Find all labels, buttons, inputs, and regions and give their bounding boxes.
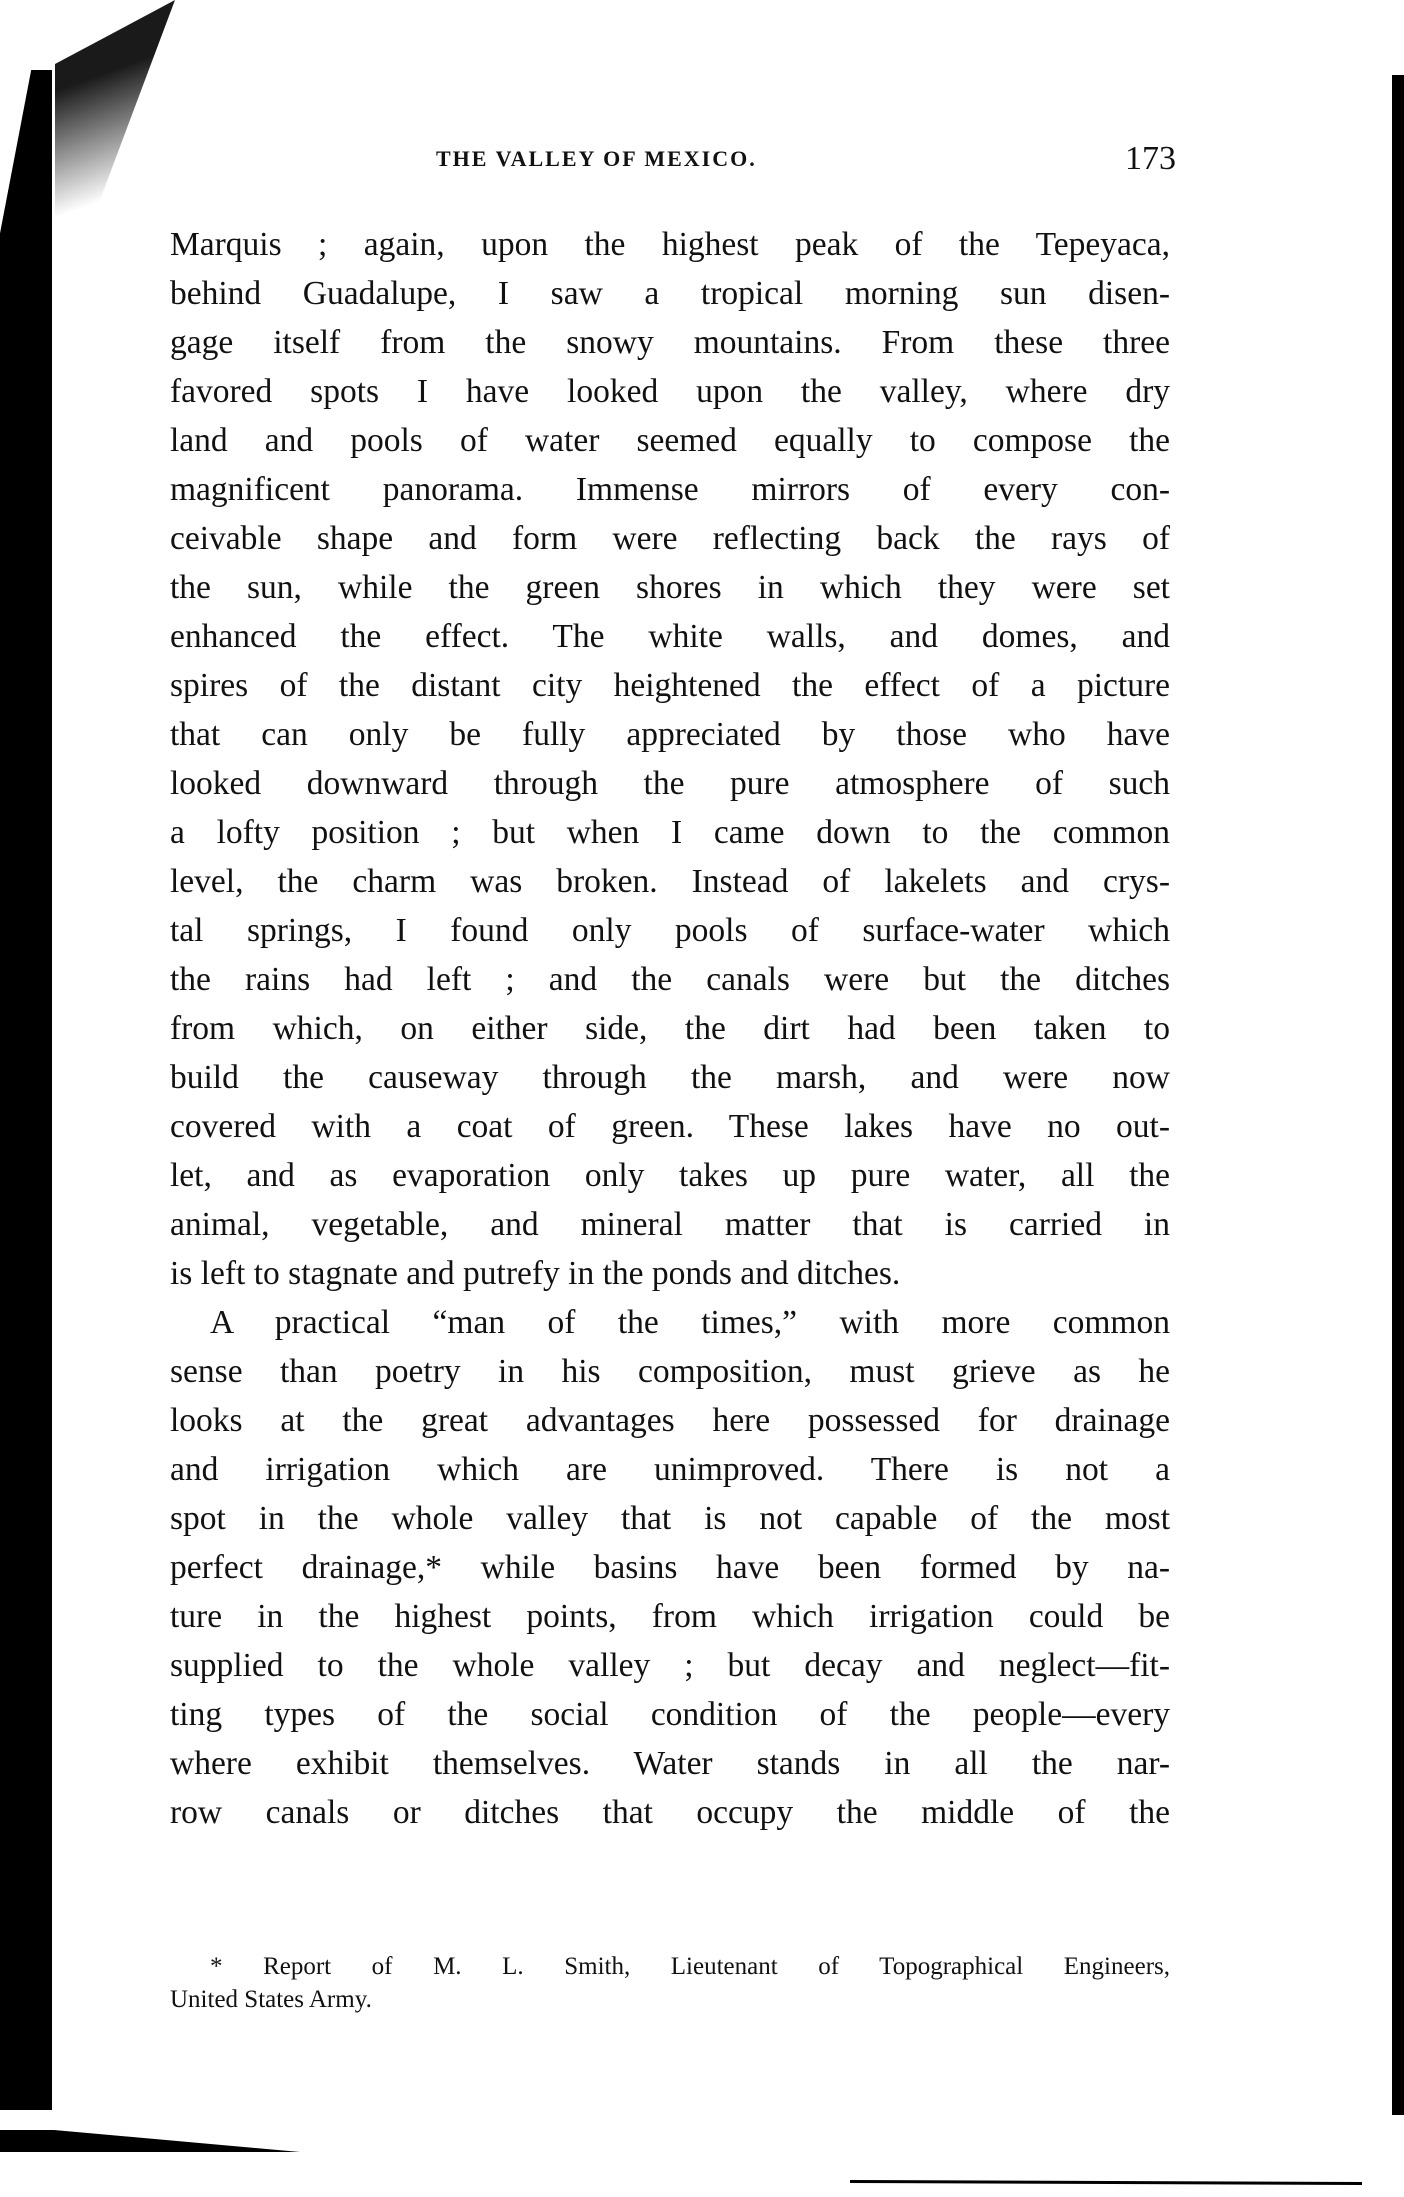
text-line: sense than poetry in his composition, mu…	[170, 1347, 1170, 1396]
text-line: covered with a coat of green. These lake…	[170, 1102, 1170, 1151]
text-line: Marquis ; again, upon the highest peak o…	[170, 220, 1170, 269]
text-line: the sun, while the green shores in which…	[170, 563, 1170, 612]
text-line: perfect drainage,* while basins have bee…	[170, 1543, 1170, 1592]
text-line: land and pools of water seemed equally t…	[170, 416, 1170, 465]
running-title: THE VALLEY OF MEXICO.	[436, 146, 757, 172]
text-line: animal, vegetable, and mineral matter th…	[170, 1200, 1170, 1249]
text-line: a lofty position ; but when I came down …	[170, 808, 1170, 857]
text-line: supplied to the whole valley ; but decay…	[170, 1641, 1170, 1690]
text-line: favored spots I have looked upon the val…	[170, 367, 1170, 416]
text-line: row canals or ditches that occupy the mi…	[170, 1788, 1170, 1837]
text-line: that can only be fully appreciated by th…	[170, 710, 1170, 759]
text-line: behind Guadalupe, I saw a tropical morni…	[170, 269, 1170, 318]
text-line: build the causeway through the marsh, an…	[170, 1053, 1170, 1102]
text-line: spot in the whole valley that is not cap…	[170, 1494, 1170, 1543]
text-line: ture in the highest points, from which i…	[170, 1592, 1170, 1641]
text-line: ting types of the social condition of th…	[170, 1690, 1170, 1739]
footnote-line: United States Army.	[170, 1983, 1170, 2016]
scan-left-edge-shadow	[0, 70, 52, 2110]
footnote-line: * Report of M. L. Smith, Lieutenant of T…	[170, 1950, 1170, 1983]
scan-bottom-left-shadow	[0, 2130, 300, 2152]
text-line: spires of the distant city heightened th…	[170, 661, 1170, 710]
text-line: let, and as evaporation only takes up pu…	[170, 1151, 1170, 1200]
text-line: is left to stagnate and putrefy in the p…	[170, 1249, 1170, 1298]
text-line: the rains had left ; and the canals were…	[170, 955, 1170, 1004]
body-text: Marquis ; again, upon the highest peak o…	[170, 220, 1170, 1837]
scan-bottom-edge-line	[850, 2180, 1362, 2185]
text-line: where exhibit themselves. Water stands i…	[170, 1739, 1170, 1788]
text-line: gage itself from the snowy mountains. Fr…	[170, 318, 1170, 367]
text-line: tal springs, I found only pools of surfa…	[170, 906, 1170, 955]
text-line: from which, on either side, the dirt had…	[170, 1004, 1170, 1053]
text-line: level, the charm was broken. Instead of …	[170, 857, 1170, 906]
text-line: looked downward through the pure atmosph…	[170, 759, 1170, 808]
page-number: 173	[1125, 140, 1176, 178]
text-line: looks at the great advantages here posse…	[170, 1396, 1170, 1445]
page-header: THE VALLEY OF MEXICO. 173	[436, 146, 1176, 186]
scan-right-edge-shadow	[1392, 75, 1404, 2115]
text-line: ceivable shape and form were reflecting …	[170, 514, 1170, 563]
text-line: enhanced the effect. The white walls, an…	[170, 612, 1170, 661]
text-line: A practical “man of the times,” with mor…	[170, 1298, 1170, 1347]
scan-top-left-shadow	[55, 0, 175, 320]
footnote: * Report of M. L. Smith, Lieutenant of T…	[170, 1950, 1170, 2016]
text-line: and irrigation which are unimproved. The…	[170, 1445, 1170, 1494]
text-line: magnificent panorama. Immense mirrors of…	[170, 465, 1170, 514]
